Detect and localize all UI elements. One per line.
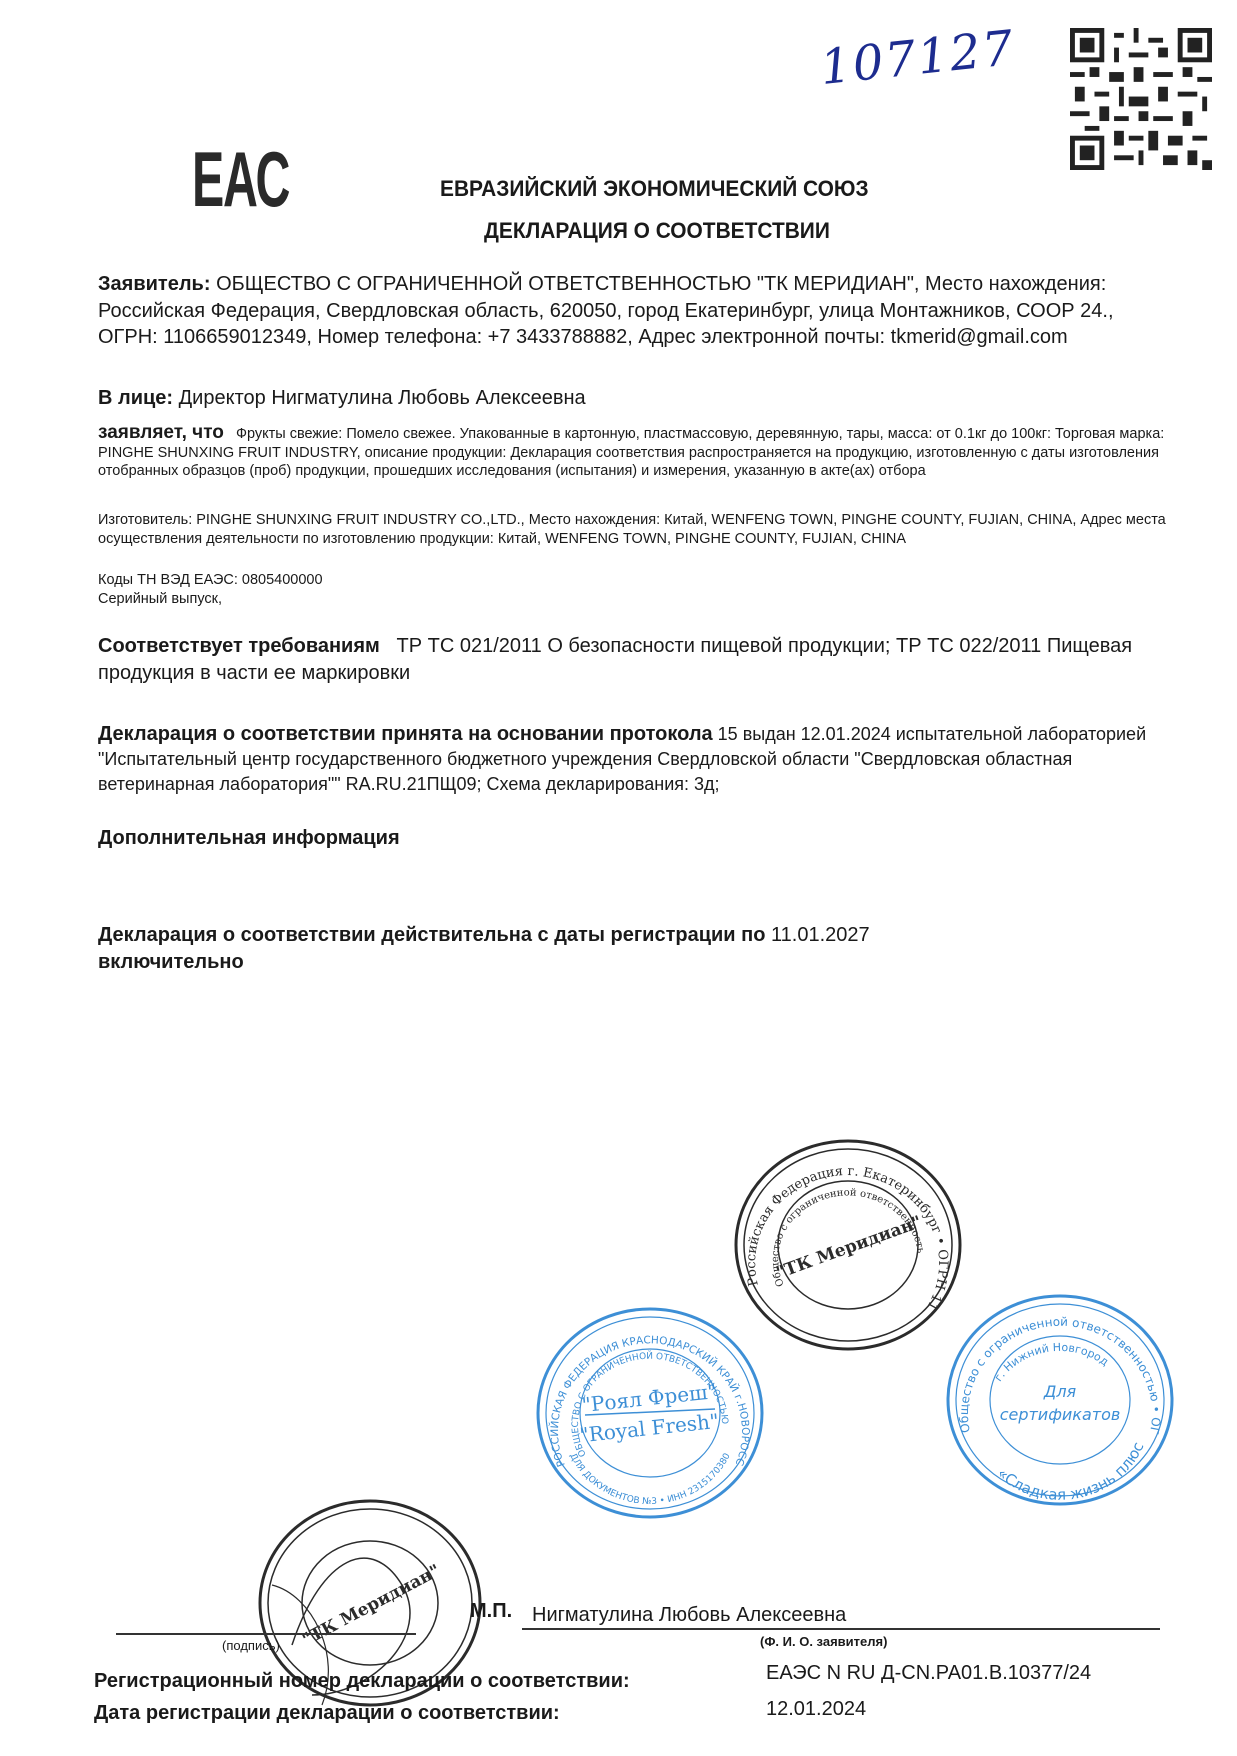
- validity-suffix: включительно: [98, 951, 244, 973]
- eac-logo: ЕАС: [192, 140, 289, 218]
- basis-label: Декларация о соответствии принята на осн…: [98, 723, 713, 745]
- applicant-text: ОБЩЕСТВО С ОГРАНИЧЕННОЙ ОТВЕТСТВЕННОСТЬЮ…: [98, 273, 1114, 348]
- validity-section: Декларация о соответствии действительна …: [98, 922, 1058, 975]
- declares-section: заявляет, что Фрукты свежие: Помело свеж…: [98, 424, 1198, 481]
- mp-label: М.П.: [470, 1600, 512, 1623]
- applicant-section: Заявитель: ОБЩЕСТВО С ОГРАНИЧЕННОЙ ОТВЕТ…: [98, 271, 1168, 351]
- qr-code: [1070, 28, 1212, 170]
- registration-number-label: Регистрационный номер декларации о соотв…: [94, 1670, 630, 1693]
- registration-date-value: 12.01.2024: [766, 1698, 866, 1721]
- hs-codes: Коды ТН ВЭД ЕАЭС: 0805400000: [98, 571, 1198, 590]
- manufacturer-text: Изготовитель: PINGHE SHUNXING FRUIT INDU…: [98, 511, 1198, 548]
- signature-caption: (подпись): [222, 1638, 280, 1653]
- name-line: [522, 1628, 1160, 1630]
- svg-text:Для: Для: [1043, 1382, 1077, 1401]
- registration-date-label: Дата регистрации декларации о соответств…: [94, 1702, 560, 1725]
- additional-info-label: Дополнительная информация: [98, 825, 1168, 852]
- svg-text:г. Нижний Новгород: г. Нижний Новгород: [992, 1341, 1112, 1384]
- handwritten-number: 107127: [818, 20, 1018, 96]
- basis-section: Декларация о соответствии принята на осн…: [98, 722, 1168, 797]
- applicant-label: Заявитель:: [98, 273, 211, 295]
- document-title: ДЕКЛАРАЦИЯ О СООТВЕТСТВИИ: [484, 218, 830, 244]
- name-caption: (Ф. И. О. заявителя): [760, 1634, 887, 1649]
- representative-text: Директор Нигматулина Любовь Алексеевна: [179, 387, 586, 409]
- applicant-name: Нигматулина Любовь Алексеевна: [532, 1604, 846, 1627]
- registration-number-value: ЕАЭС N RU Д-CN.РА01.В.10377/24: [766, 1662, 1091, 1685]
- validity-date: 11.01.2027: [771, 924, 870, 946]
- sweet-life-stamp: Общество с ограниченной ответственностью…: [940, 1292, 1180, 1507]
- svg-text:"ТК Меридиан": "ТК Меридиан": [774, 1212, 925, 1283]
- svg-text:сертификатов: сертификатов: [1000, 1405, 1121, 1424]
- royal-fresh-stamp: РОССИЙСКАЯ ФЕДЕРАЦИЯ КРАСНОДАРСКИЙ КРАЙ …: [530, 1305, 770, 1520]
- product-description: Фрукты свежие: Помело свежее. Упакованны…: [98, 426, 1164, 479]
- release-type: Серийный выпуск,: [98, 590, 1198, 609]
- signature-line: [116, 1633, 416, 1635]
- representative-section: В лице: Директор Нигматулина Любовь Алек…: [98, 385, 1168, 412]
- declares-label: заявляет, что: [98, 422, 224, 443]
- representative-label: В лице:: [98, 387, 173, 409]
- validity-label: Декларация о соответствии действительна …: [98, 924, 765, 946]
- conformity-section: Соответствует требованиям ТР ТС 021/2011…: [98, 633, 1168, 686]
- svg-text:"ТК Меридиан": "ТК Меридиан": [299, 1561, 444, 1651]
- conformity-label: Соответствует требованиям: [98, 635, 380, 657]
- union-title: ЕВРАЗИЙСКИЙ ЭКОНОМИЧЕСКИЙ СОЮЗ: [440, 176, 869, 202]
